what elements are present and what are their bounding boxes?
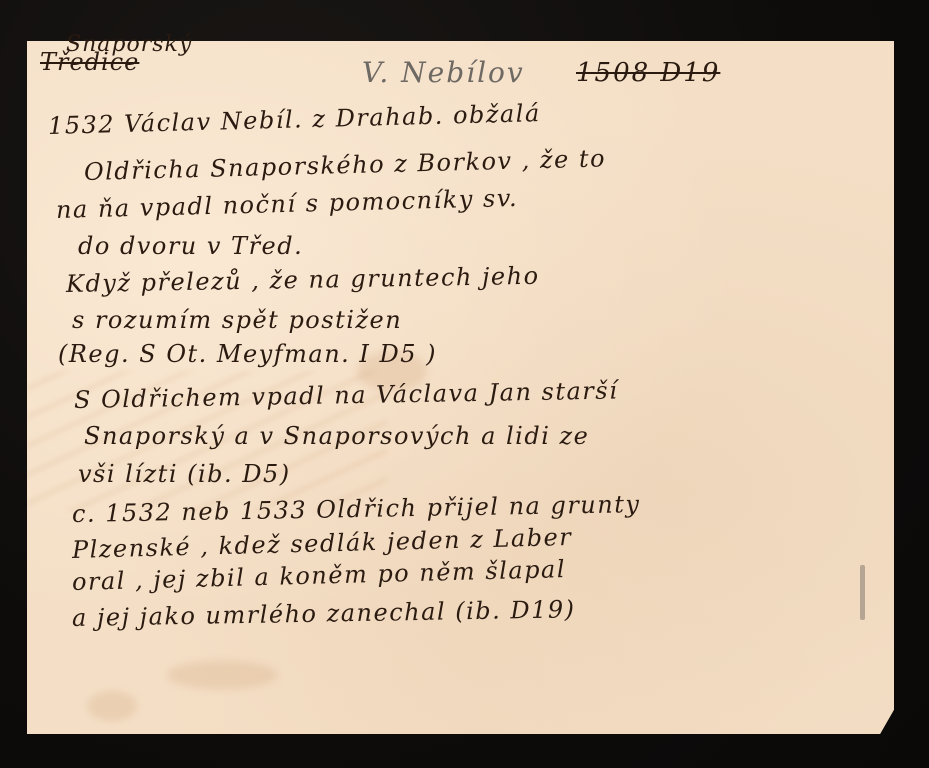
text-line-7: (Reg. S Ot. Meyfman. I D5 ) (58, 340, 437, 368)
stain-bottom-left (87, 691, 137, 721)
text-line-10: vši lízti (ib. D5) (78, 460, 291, 488)
text-line-6: s rozumím spět postižen (72, 306, 402, 334)
stain-bottom-center (167, 661, 277, 689)
header-place-name: Tředice Snaporský (40, 48, 139, 76)
text-line-4: do dvoru v Třed. (78, 232, 303, 260)
corrected-place-name: Snaporský (66, 32, 192, 57)
text-line-9: Snaporský a v Snaporsových a lidi ze (84, 422, 589, 450)
header-struck-reference: 1508 D19 (576, 58, 720, 88)
pencil-mark-right-edge (860, 565, 865, 620)
header-person-name: V. Nebílov (362, 56, 525, 89)
